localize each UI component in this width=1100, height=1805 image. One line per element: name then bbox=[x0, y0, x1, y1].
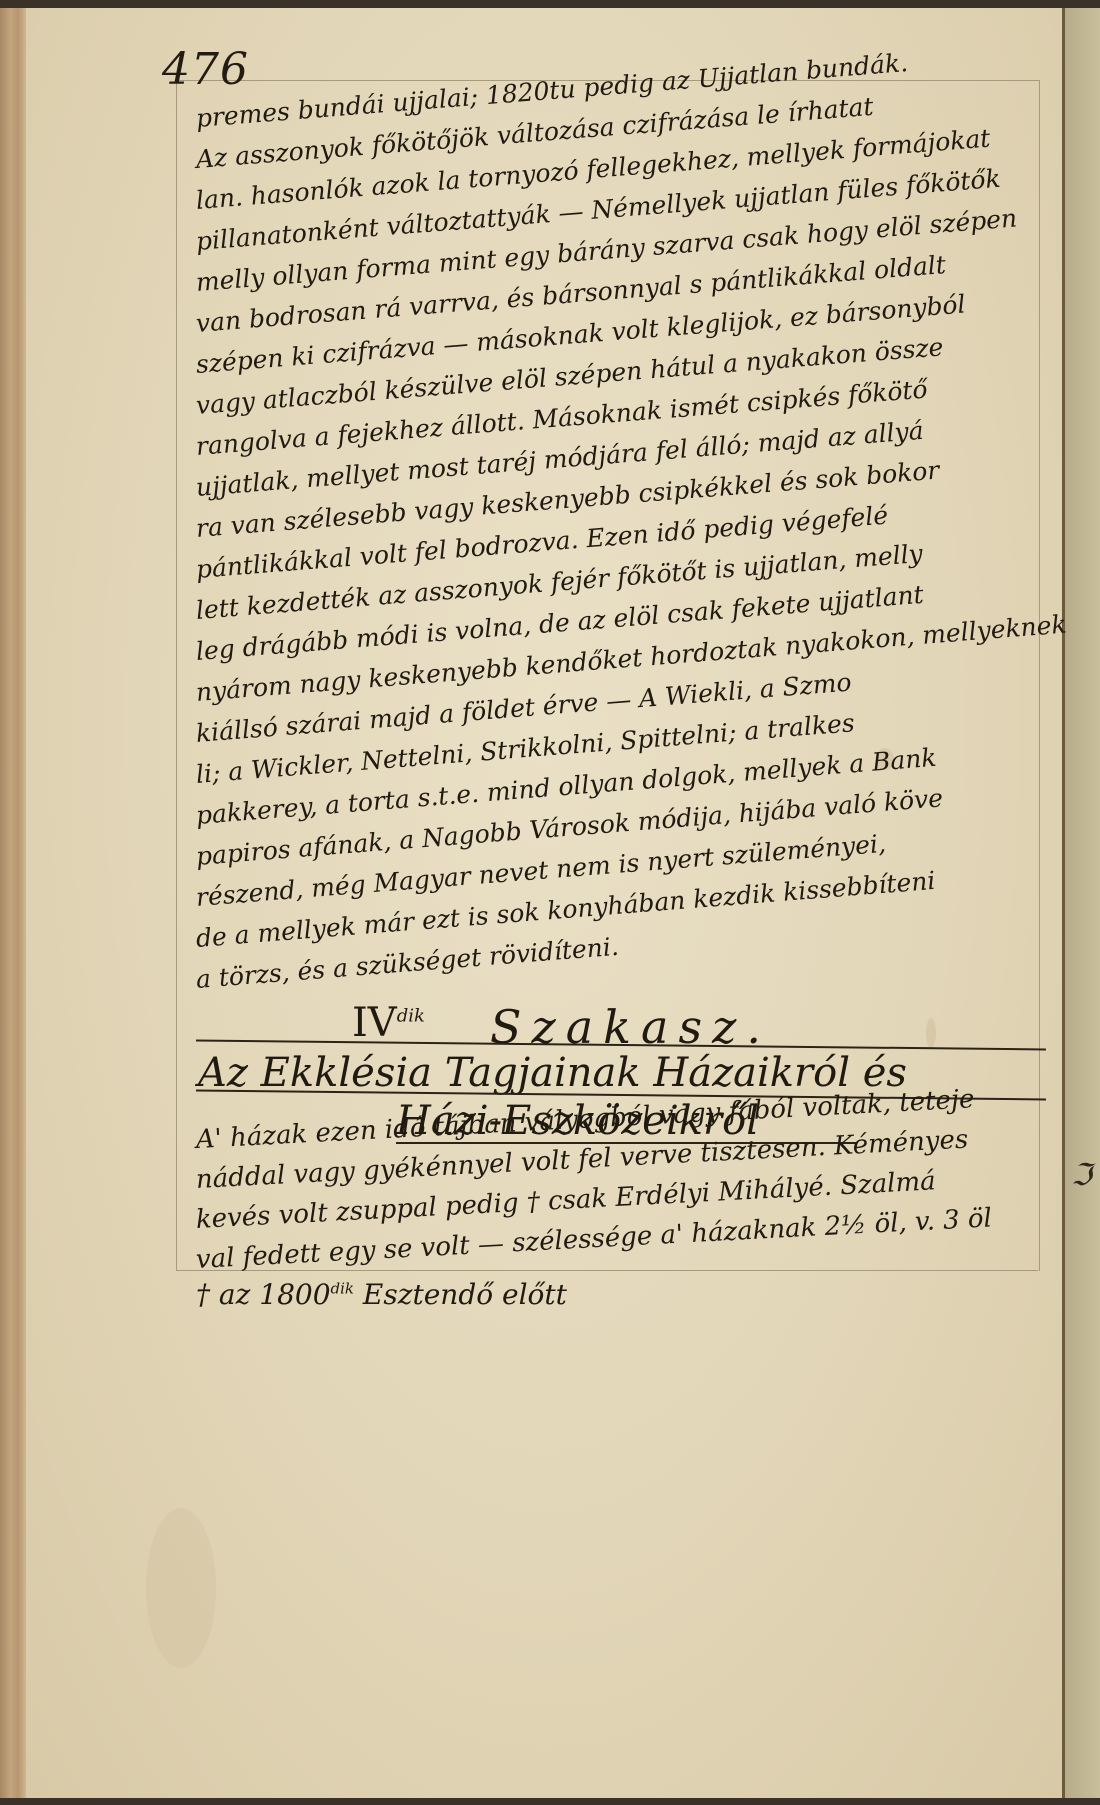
section-number: IVdik bbox=[352, 1000, 425, 1046]
page-stack-edge bbox=[0, 8, 26, 1798]
footnote-suffix: dik bbox=[331, 1280, 355, 1298]
page-number: 476 bbox=[162, 44, 249, 95]
footnote-text: az 1800 bbox=[219, 1278, 331, 1311]
body-text: premes bundái ujjalai; 1820tu pedig az U… bbox=[196, 98, 1036, 1000]
footnote-mark: † bbox=[196, 1278, 210, 1311]
facing-page-mark: ℑ bbox=[1071, 1158, 1092, 1193]
facing-page-edge: ℑ bbox=[1065, 8, 1100, 1798]
section-number-suffix: dik bbox=[397, 1006, 425, 1027]
section-body-text: A' házak ezen idő tájban vályogból vagy … bbox=[196, 1120, 1036, 1280]
footnote-text-after: Esztendő előtt bbox=[363, 1278, 567, 1311]
footnote: † az 1800dik Esztendő előtt bbox=[196, 1278, 567, 1311]
